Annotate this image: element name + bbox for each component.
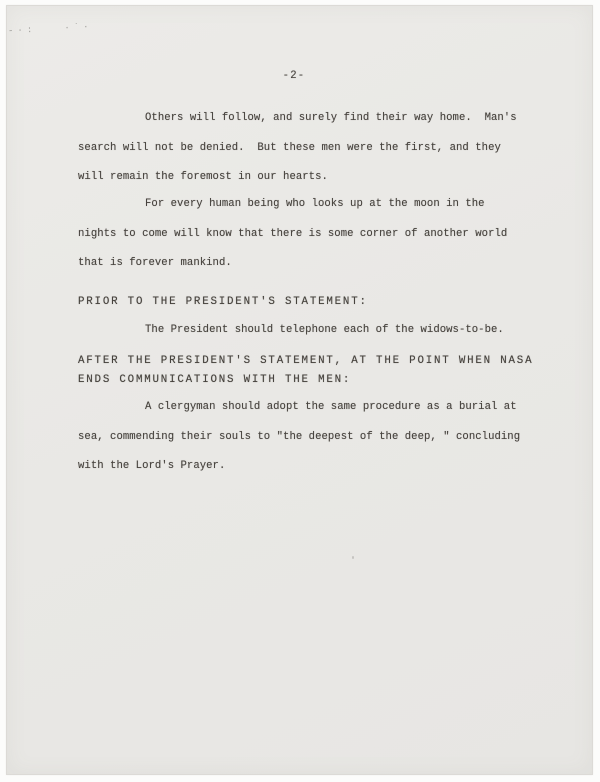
- paragraph-president-telephone: The President should telephone each of t…: [78, 316, 504, 346]
- paragraph-clergyman-burial: A clergyman should adopt the same proced…: [78, 393, 520, 482]
- heading-after-statement: AFTER THE PRESIDENT'S STATEMENT, AT THE …: [78, 352, 533, 389]
- paragraph-for-every-human-being: For every human being who looks up at th…: [78, 190, 507, 279]
- heading-prior-to-statement: PRIOR TO THE PRESIDENT'S STATEMENT:: [78, 293, 368, 312]
- scanned-page: -·: ·˙· -2- Others will follow, and sure…: [0, 0, 600, 782]
- paragraph-others-will-follow: Others will follow, and surely find thei…: [78, 104, 517, 193]
- page-number: -2-: [0, 70, 594, 82]
- scan-speck: [352, 556, 354, 559]
